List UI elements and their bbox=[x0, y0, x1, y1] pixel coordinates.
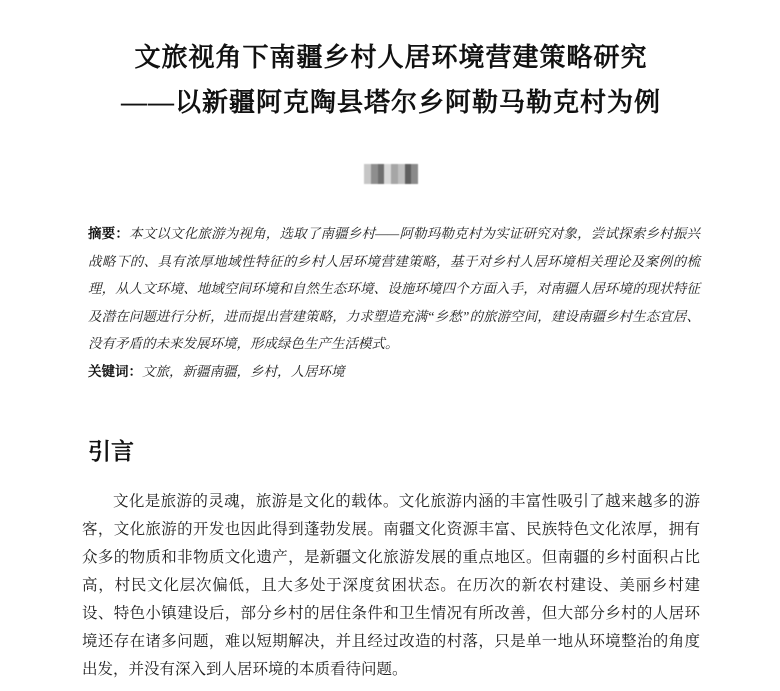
abstract-block: 摘要：本文以文化旅游为视角，选取了南疆乡村——阿勒玛勒克村为实证研究对象，尝试探… bbox=[88, 220, 700, 358]
section-heading-introduction: 引言 bbox=[88, 439, 700, 463]
author-row bbox=[82, 164, 700, 184]
paper-subtitle: ——以新疆阿克陶县塔尔乡阿勒马勒克村为例 bbox=[82, 89, 700, 116]
abstract-label: 摘要： bbox=[88, 226, 129, 241]
keywords-label: 关键词： bbox=[88, 364, 142, 379]
document-page: 文旅视角下南疆乡村人居环境营建策略研究 ——以新疆阿克陶县塔尔乡阿勒马勒克村为例… bbox=[0, 0, 780, 691]
paper-title: 文旅视角下南疆乡村人居环境营建策略研究 bbox=[82, 44, 700, 71]
keywords-line: 关键词：文旅，新疆南疆，乡村，人居环境 bbox=[88, 358, 700, 386]
author-redacted-blur bbox=[364, 164, 418, 184]
introduction-paragraph: 文化是旅游的灵魂，旅游是文化的载体。文化旅游内涵的丰富性吸引了越来越多的游客，文… bbox=[82, 488, 700, 684]
abstract-text: 本文以文化旅游为视角，选取了南疆乡村——阿勒玛勒克村为实证研究对象，尝试探索乡村… bbox=[88, 226, 700, 351]
keywords-text: 文旅，新疆南疆，乡村，人居环境 bbox=[142, 364, 345, 379]
